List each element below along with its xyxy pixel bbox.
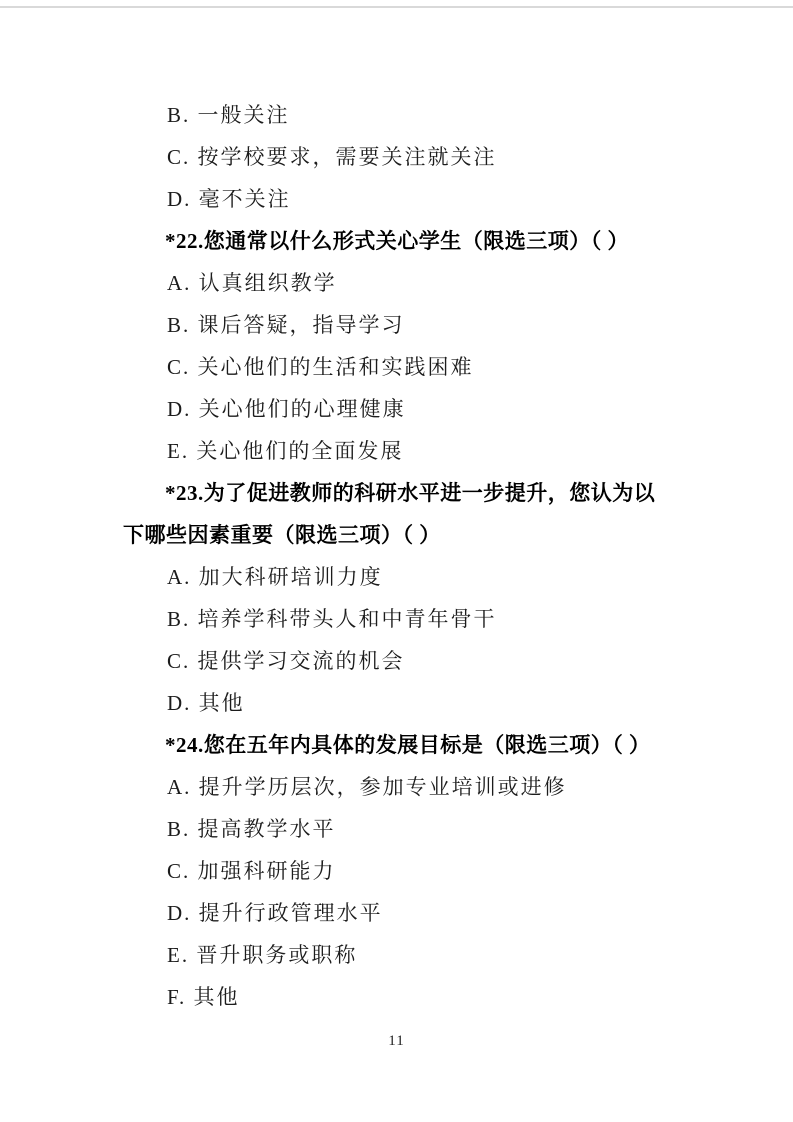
question-22-option-b: B. 课后答疑，指导学习 [123,304,671,346]
question-22-option-e: E. 关心他们的全面发展 [123,430,671,472]
question-24-title: *24.您在五年内具体的发展目标是（限选三项）（ ） [123,724,671,766]
question-24-option-f: F. 其他 [123,976,671,1018]
question-21-option-d: D. 毫不关注 [123,178,671,220]
questionnaire-content: B. 一般关注 C. 按学校要求，需要关注就关注 D. 毫不关注 *22.您通常… [123,94,671,1018]
question-24-option-d: D. 提升行政管理水平 [123,892,671,934]
question-23-option-c: C. 提供学习交流的机会 [123,640,671,682]
question-22-option-d: D. 关心他们的心理健康 [123,388,671,430]
page-number: 11 [0,1033,793,1050]
question-24-option-c: C. 加强科研能力 [123,850,671,892]
question-23-option-d: D. 其他 [123,682,671,724]
questionnaire-page: B. 一般关注 C. 按学校要求，需要关注就关注 D. 毫不关注 *22.您通常… [0,0,793,1122]
question-22-option-a: A. 认真组织教学 [123,262,671,304]
question-23-option-a: A. 加大科研培训力度 [123,556,671,598]
page-top-edge-line [0,6,793,8]
question-22-title: *22.您通常以什么形式关心学生（限选三项）（ ） [123,220,671,262]
question-24-option-a: A. 提升学历层次，参加专业培训或进修 [123,766,671,808]
question-23-title: *23.为了促进教师的科研水平进一步提升，您认为以下哪些因素重要（限选三项）（ … [123,472,671,556]
question-24-option-e: E. 晋升职务或职称 [123,934,671,976]
question-21-option-b: B. 一般关注 [123,94,671,136]
question-23-option-b: B. 培养学科带头人和中青年骨干 [123,598,671,640]
question-22-option-c: C. 关心他们的生活和实践困难 [123,346,671,388]
question-24-option-b: B. 提高教学水平 [123,808,671,850]
question-21-option-c: C. 按学校要求，需要关注就关注 [123,136,671,178]
